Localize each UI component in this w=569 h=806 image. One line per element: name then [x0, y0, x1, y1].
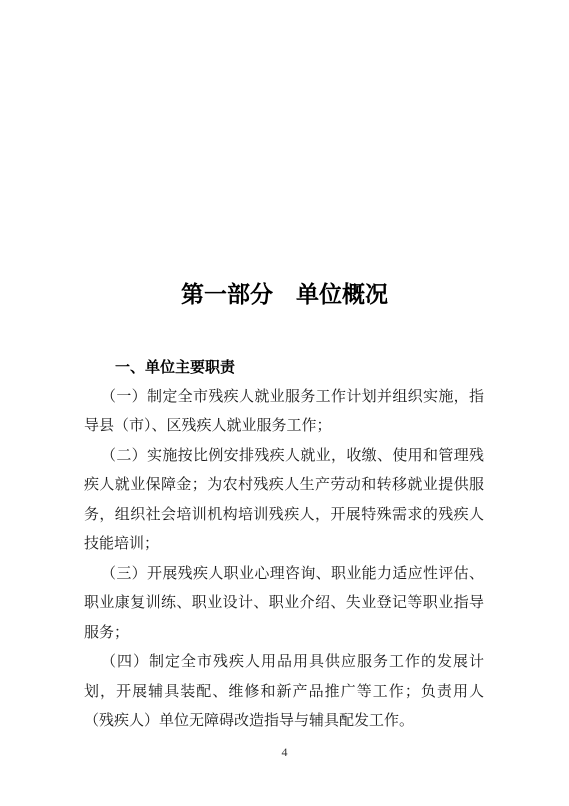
paragraph-duty-4: （四）制定全市残疾人用品用具供应服务工作的发展计划，开展辅具装配、维修和新产品推…	[84, 648, 484, 737]
document-page: 第一部分 单位概况 一、单位主要职责 （一）制定全市残疾人就业服务工作计划并组织…	[0, 0, 569, 806]
paragraph-duty-1: （一）制定全市残疾人就业服务工作计划并组织实施，指导县（市）、区残疾人就业服务工…	[84, 383, 484, 442]
paragraph-duty-2: （二）实施按比例安排残疾人就业，收缴、使用和管理残疾人就业保障金；为农村残疾人生…	[84, 442, 484, 560]
page-number: 4	[0, 744, 569, 760]
paragraph-duty-3: （三）开展残疾人职业心理咨询、职业能力适应性评估、职业康复训练、职业设计、职业介…	[84, 560, 484, 649]
section-heading: 一、单位主要职责	[84, 353, 484, 383]
document-body: 一、单位主要职责 （一）制定全市残疾人就业服务工作计划并组织实施，指导县（市）、…	[84, 353, 484, 737]
document-title: 第一部分 单位概况	[0, 279, 569, 311]
